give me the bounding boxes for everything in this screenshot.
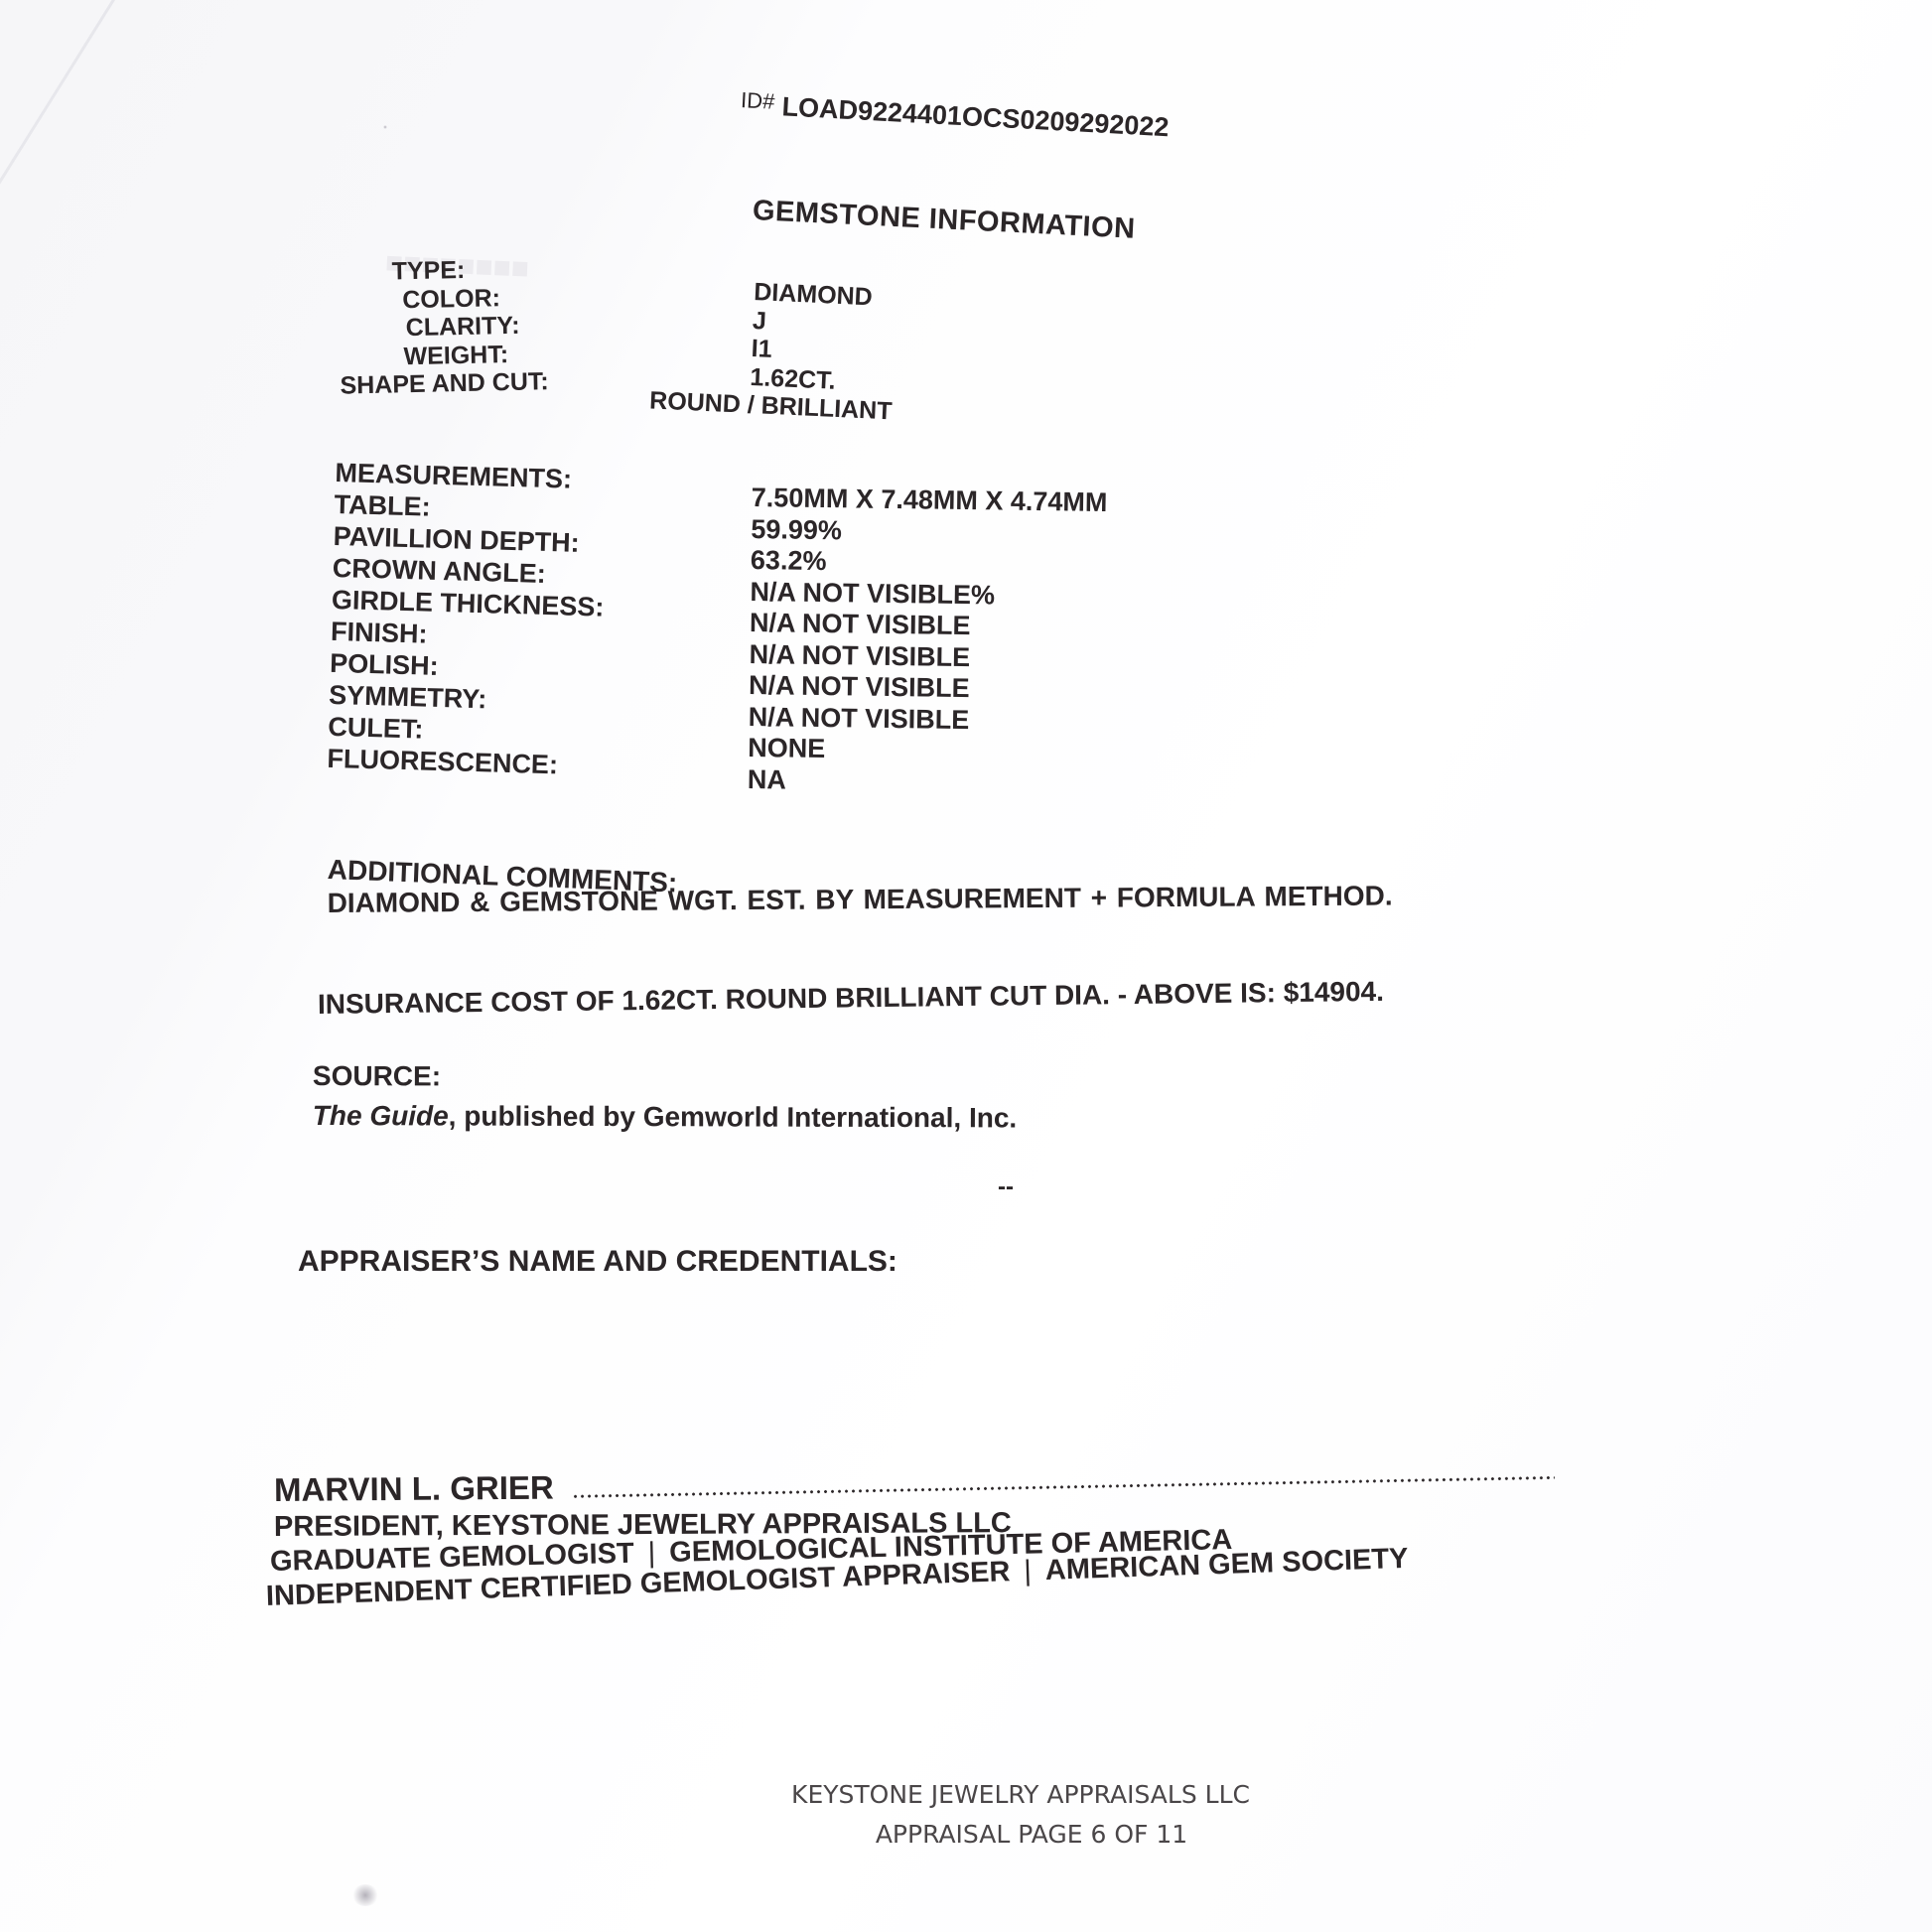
source-citation: The Guide, published by Gemworld Interna… [313, 1100, 1018, 1134]
value-finish: N/A NOT VISIBLE [749, 638, 1105, 675]
basic-info-values: DIAMOND J I1 1.62CT. ROUND / BRILLIANT [749, 278, 898, 426]
label-clarity: CLARITY: [269, 311, 558, 345]
appraiser-signature-block: MARVIN L. GRIER PRESIDENT, KEYSTONE JEWE… [274, 1471, 1555, 1613]
value-girdle-thickness: N/A NOT VISIBLE [750, 608, 1106, 644]
credential-divider: | [1024, 1555, 1033, 1587]
paper-speck [383, 125, 387, 129]
label-shape-and-cut: SHAPE AND CUT: [270, 367, 559, 402]
source-block: SOURCE: The Guide, published by Gemworld… [313, 1060, 1018, 1134]
additional-comments: ADDITIONAL COMMENTS: DIAMOND & GEMSTONE … [328, 854, 1393, 926]
measurement-labels: MEASUREMENTS: TABLE: PAVILLION DEPTH: CR… [327, 457, 608, 782]
paper-speck [351, 1884, 379, 1906]
value-table: 59.99% [751, 513, 1107, 550]
value-symmetry: N/A NOT VISIBLE [748, 701, 1104, 738]
footer-page-number: APPRAISAL PAGE 6 OF 11 [0, 1815, 1932, 1855]
basic-info-labels: TYPE: COLOR: CLARITY: WEIGHT: SHAPE AND … [268, 254, 559, 402]
signature-dotted-line [572, 1475, 1555, 1498]
appraiser-name: MARVIN L. GRIER [274, 1469, 554, 1509]
source-label: SOURCE: [313, 1060, 1018, 1094]
credential-divider: | [647, 1537, 655, 1570]
footer-company: KEYSTONE JEWELRY APPRAISALS LLC [0, 1775, 1932, 1815]
measurement-values: 7.50MM X 7.48MM X 4.74MM 59.99% 63.2% N/… [748, 483, 1108, 800]
value-culet: NONE [748, 733, 1104, 769]
value-fluorescence: NA [748, 763, 1104, 800]
value-measurements: 7.50MM X 7.48MM X 4.74MM [752, 483, 1108, 519]
source-publisher: , published by Gemworld International, I… [449, 1100, 1018, 1133]
source-title: The Guide [313, 1100, 449, 1131]
separator: -- [998, 1173, 1014, 1201]
value-polish: N/A NOT VISIBLE [749, 670, 1105, 707]
value-crown-angle: N/A NOT VISIBLE% [750, 576, 1106, 613]
value-pavillion-depth: 63.2% [751, 545, 1107, 582]
appraiser-header: APPRAISER’S NAME AND CREDENTIALS: [298, 1245, 897, 1279]
page-footer: KEYSTONE JEWELRY APPRAISALS LLC APPRAISA… [0, 1775, 1932, 1855]
document-id-prefix: ID# [741, 87, 776, 114]
